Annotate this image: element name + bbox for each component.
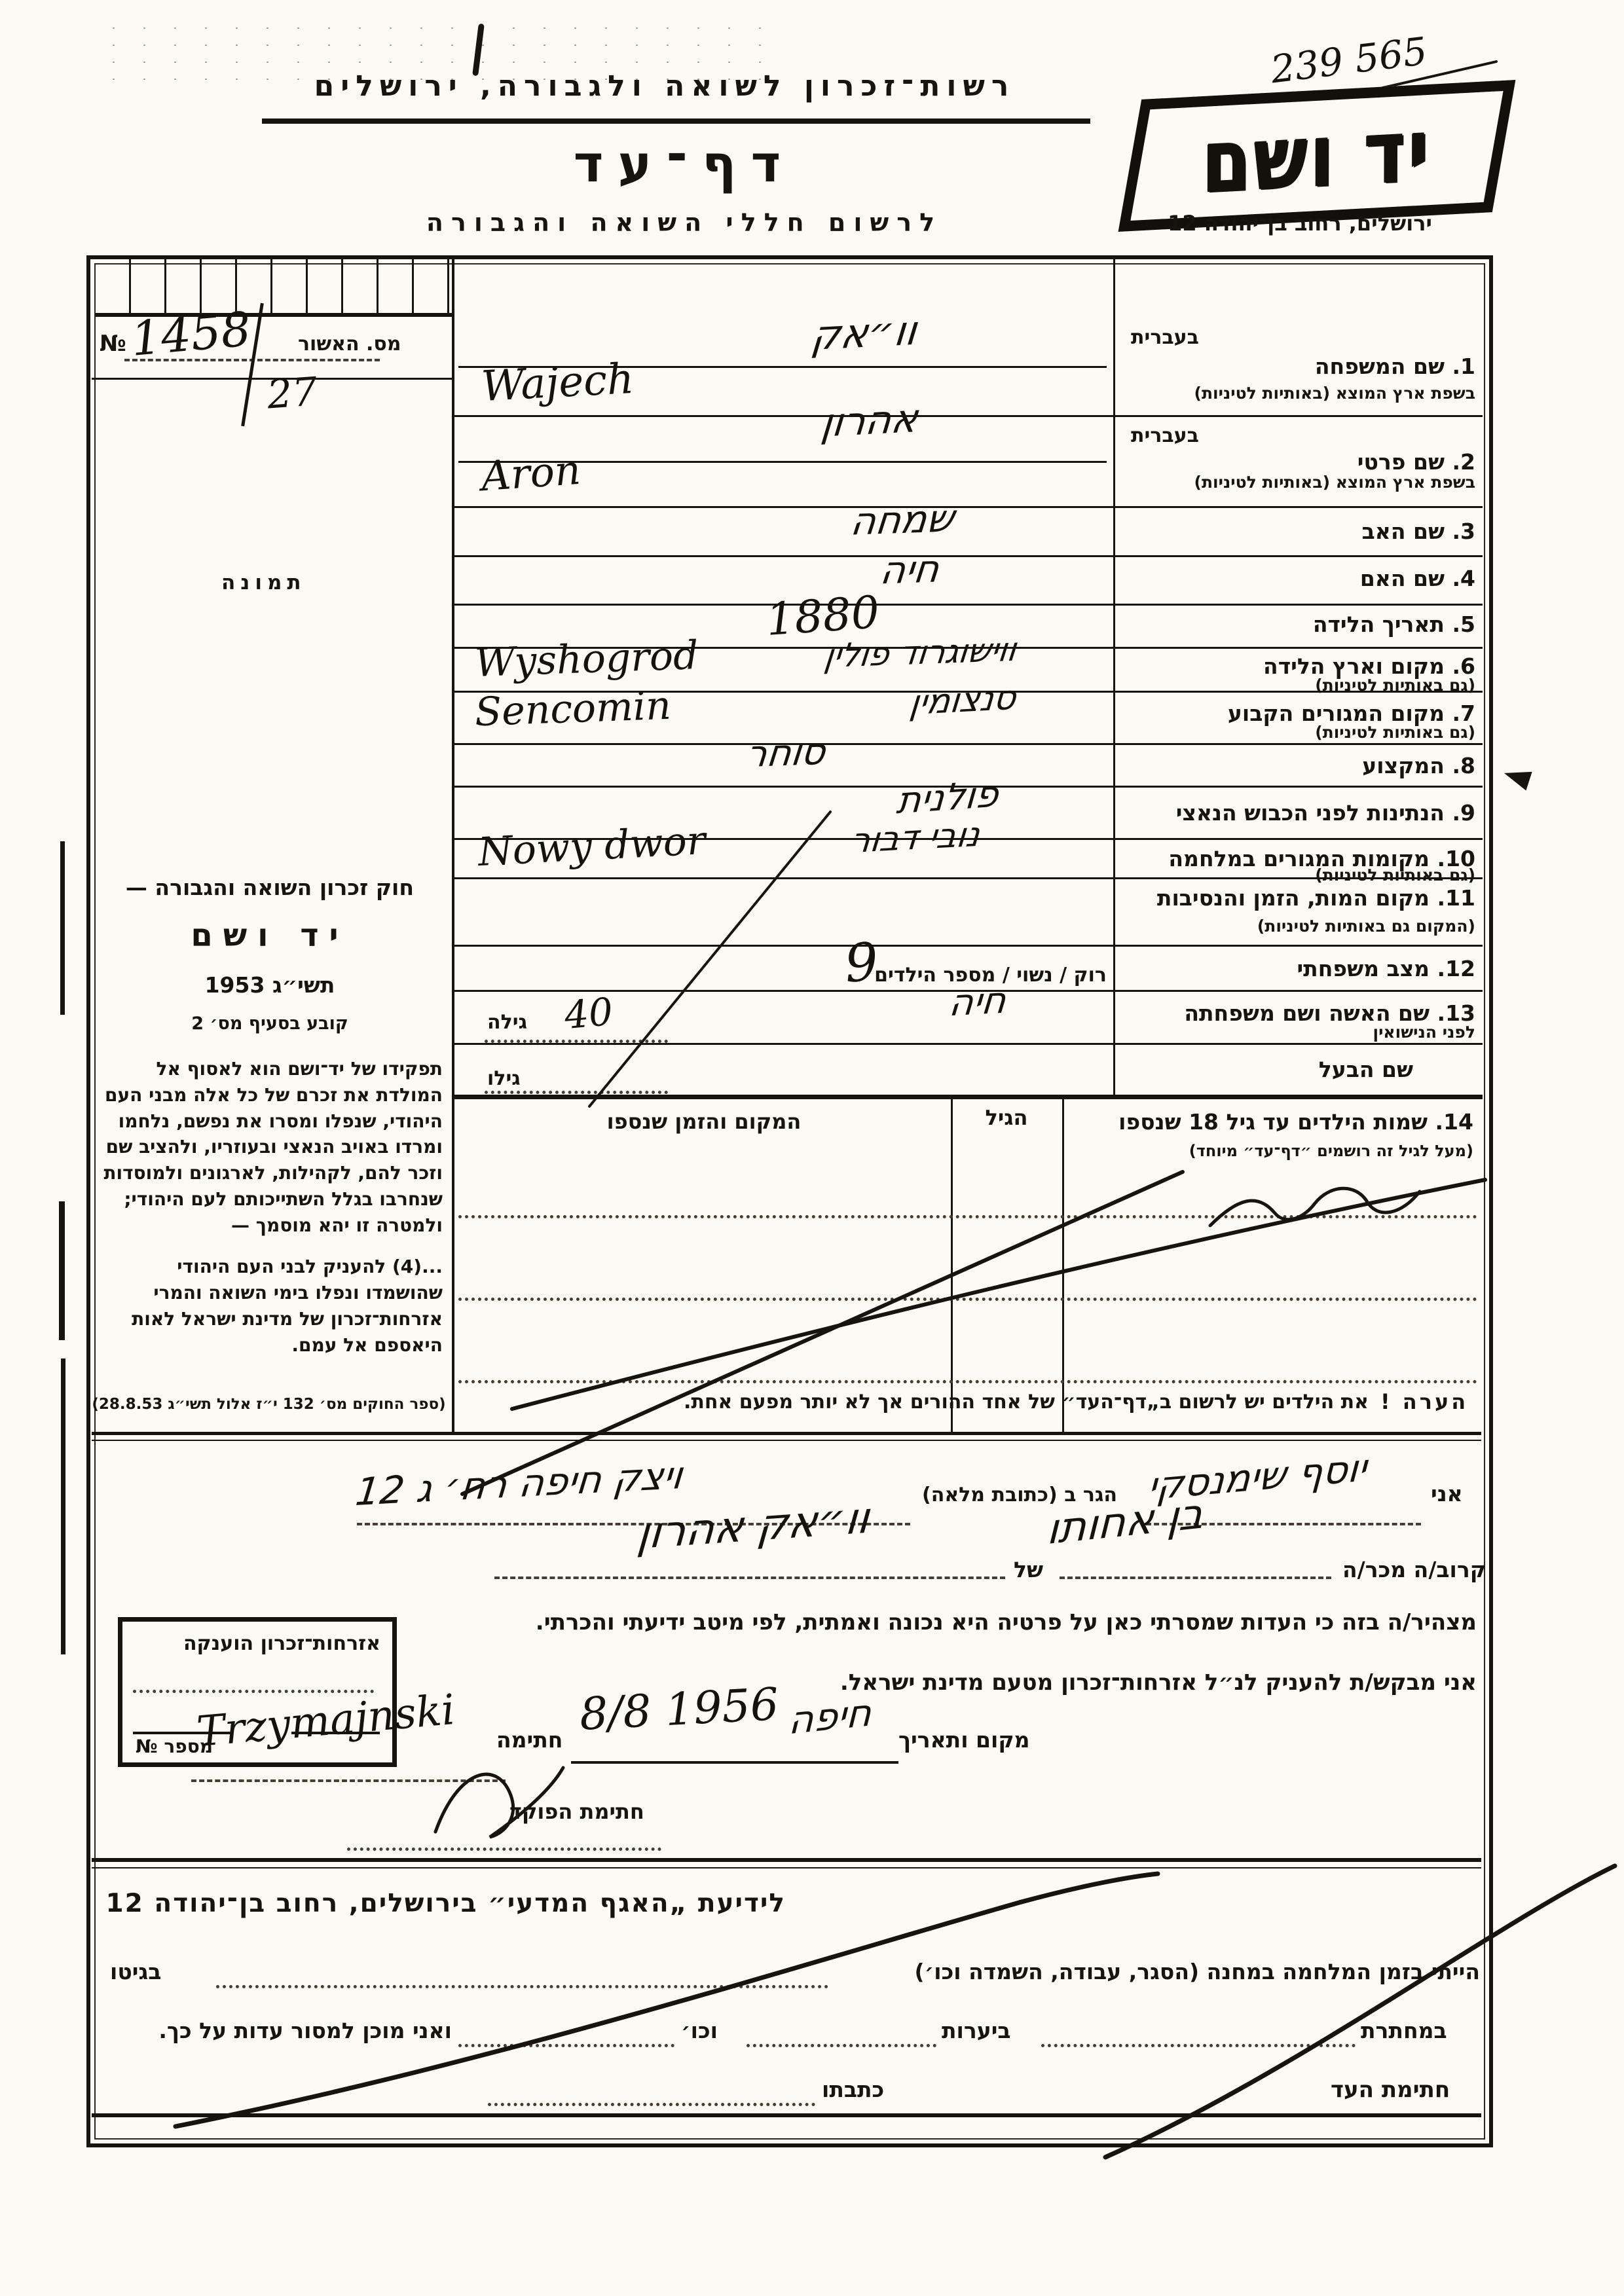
bottom-rule — [92, 2113, 1481, 2117]
left-column-divider — [452, 258, 454, 1434]
of-whom-line — [494, 1576, 1005, 1579]
field-7-sublabel: (גם באותיות לטיניות) — [1116, 723, 1475, 742]
field-10-sublabel: (גם באותיות לטיניות) — [1116, 866, 1475, 884]
header-cells-strip — [96, 259, 454, 317]
field-14-number: 14. — [1435, 1109, 1473, 1135]
section-double-rule — [92, 1440, 1481, 1441]
section-double-rule — [92, 1432, 1481, 1435]
bottom-section-double-rule — [92, 1867, 1481, 1868]
field-rule — [453, 555, 1483, 557]
edge-streak — [60, 841, 65, 1015]
field-4-value: חיה — [878, 546, 942, 592]
law-title-2: יד ושם — [97, 917, 443, 954]
field-12-value: 9 — [843, 931, 880, 994]
bottom-section-double-rule — [92, 1858, 1481, 1862]
camp-blank-line — [216, 1985, 828, 1988]
field-rule — [453, 945, 1483, 947]
field-1-title: שם המשפחה — [1315, 354, 1445, 379]
field-14-title: שמות הילדים עד גיל 18 שנספו — [1118, 1109, 1428, 1135]
field-2-sublabel: בשפת ארץ המוצא (באותיות לטיניות) — [1116, 473, 1475, 492]
field-2-value-hebrew: אהרון — [819, 395, 920, 446]
note-text: את הילדים יש לרשום ב„דף־העד״ של אחד ההור… — [452, 1391, 1369, 1413]
label-column-divider — [1113, 258, 1115, 1096]
children-age-col-line — [951, 1099, 953, 1435]
approval-number-label: מס. האשור — [298, 333, 401, 355]
header-rule — [262, 118, 1090, 124]
field-2-title: שם פרטי — [1357, 449, 1445, 475]
agency-title: רשות־זכרון לשואה ולגבורה, ירושלים — [239, 69, 1090, 103]
field-4-label: 4. שם האם — [1116, 566, 1475, 591]
field-11-sublabel: (המקום גם באותיות לטיניות) — [1116, 917, 1475, 936]
field-3-title: שם האב — [1362, 519, 1445, 544]
field-8-title: המקצוע — [1362, 753, 1445, 778]
approval-number-handwritten: 1458 — [129, 301, 253, 367]
underground-label: במחתרת — [1361, 2018, 1447, 2043]
date-handwritten: 8/8 1956 — [578, 1679, 780, 1741]
field-12-number: 12. — [1437, 956, 1475, 981]
of-label: של — [1014, 1557, 1043, 1582]
approval-number-suffix-handwritten: 27 — [266, 369, 319, 418]
field-13-value: חיה — [947, 979, 1008, 1025]
field-10-value-hebrew: נובי דבור — [849, 815, 982, 861]
children-place-column-header: המקום והזמן שנספו — [458, 1109, 950, 1134]
field-rule — [453, 506, 1483, 508]
children-row-line — [458, 1298, 1477, 1301]
field-9-number: 9. — [1452, 800, 1475, 826]
field-1-language-label: בעברית — [1131, 326, 1199, 349]
forests-label: ביערות — [942, 2018, 1011, 2043]
law-title-1: חוק זכרון השואה והגבורה — — [97, 875, 443, 900]
field-2-language-label: בעברית — [1131, 424, 1199, 447]
official-signature-line — [347, 1848, 661, 1851]
field-1-number: 1. — [1452, 354, 1475, 379]
husband-age-label: גילו — [487, 1067, 521, 1090]
etc-blank-line — [458, 2044, 674, 2047]
children-row-line — [458, 1215, 1477, 1218]
witness-address-label: כתבתו — [822, 2077, 884, 2102]
note-label: הערה ! — [1380, 1389, 1468, 1414]
signature-label: חתימה — [496, 1727, 563, 1753]
field-1-value-hebrew: וו״אק — [809, 306, 919, 359]
witness-address-line — [488, 2103, 815, 2106]
field-12-label: 12. מצב משפחתי — [1116, 956, 1475, 981]
logo-address: ירושלים, רחוב בן־יהודה 12 — [1113, 211, 1486, 236]
field-rule — [453, 415, 1483, 417]
field-12-inline-options: רוק / נשוי / מספר הילדים — [720, 964, 1107, 987]
field-14-sublabel: (מעל לגיל זה רושמים ״דף־עד״ מיוחד) — [1074, 1142, 1473, 1160]
edge-streak — [59, 1201, 65, 1340]
law-source: (ספר החוקים מס׳ 132 י״ז אלול תשי״ג 28.8.… — [90, 1396, 447, 1413]
grant-box-title: אזרחות־זכרון הוענקה — [183, 1632, 380, 1655]
field-5-number: 5. — [1452, 611, 1475, 637]
field-12-title: מצב משפחתי — [1297, 956, 1430, 981]
field-5-label: 5. תאריך הלידה — [1116, 611, 1475, 637]
field-5-title: תאריך הלידה — [1313, 611, 1445, 637]
date-line — [571, 1761, 898, 1764]
children-row-line — [458, 1380, 1477, 1383]
field-3-number: 3. — [1452, 519, 1475, 544]
field-9-label: 9. הנתינות לפני הכבוש הנאצי — [1116, 800, 1475, 826]
margin-arrow-mark — [1501, 764, 1532, 791]
declaration-request: אני מבקש/ת להעניק לנ״ל אזרחות־זכרון מטעם… — [98, 1669, 1477, 1696]
field-11-number: 11. — [1437, 885, 1475, 911]
field-8-label: 8. המקצוע — [1116, 753, 1475, 778]
witness-signature-label: חתימת העד — [1331, 2077, 1450, 2103]
field-8-number: 8. — [1452, 753, 1475, 778]
law-paragraph-2: ...(4) להעניק לבני העם היהודי שהושמדו ונ… — [97, 1254, 443, 1358]
form-title: דף־עד — [537, 135, 832, 194]
field-rule — [453, 743, 1483, 745]
declaration-statement: מצהיר/ה בזה כי העדות שמסרתי כאן על פרטיה… — [98, 1609, 1477, 1635]
husband-name-label: שם הבעל — [1116, 1057, 1475, 1082]
edge-streak — [61, 1358, 65, 1654]
etc-label: וכו׳ — [681, 2018, 718, 2043]
field-2-value-latin: Aron — [480, 446, 582, 500]
children-table-top-rule — [453, 1095, 1483, 1099]
field-6-value-latin: Wyshogrod — [474, 632, 699, 686]
field-13-sublabel: לפני הנישואין — [1116, 1023, 1475, 1042]
approval-no-sign: № — [100, 331, 126, 357]
law-title-4: קובע בסעיף מס׳ 2 — [97, 1013, 443, 1034]
field-1-label: 1. שם המשפחה — [1116, 354, 1475, 379]
yad-vashem-logo: יד ושם — [1118, 80, 1516, 232]
forests-blank-line — [747, 2044, 936, 2047]
field-rule — [453, 1043, 1483, 1045]
field-6-sublabel: (גם באותיות לטיניות) — [1116, 676, 1475, 695]
children-age-column-header: הגיל — [951, 1105, 1062, 1130]
children-age-col-line — [1062, 1099, 1064, 1435]
wife-age-line — [485, 1040, 668, 1043]
relation-line — [1060, 1576, 1331, 1579]
field-6-value-hebrew: ווישוגרוד פולין — [822, 630, 1019, 675]
field-9-title: הנתינות לפני הכבוש הנאצי — [1176, 800, 1445, 826]
field-8-value: סוחר — [744, 731, 828, 776]
camp-line-label: הייתי בזמן המלחמה במחנה (הסגר, עבודה, הש… — [838, 1959, 1480, 1984]
place-date-label: מקום ותאריך — [898, 1727, 1030, 1753]
field-2-number: 2. — [1452, 449, 1475, 475]
field-rule — [453, 604, 1483, 606]
testimony-page-scan: רשות־זכרון לשואה ולגבורה, ירושלים דף־עד … — [0, 0, 1624, 2296]
field-2-label: 2. שם פרטי — [1116, 449, 1475, 475]
field-7-value-hebrew: סנצומין — [908, 678, 1018, 723]
field-9-value: פולנית — [895, 773, 1000, 823]
signature-line — [191, 1779, 506, 1782]
husband-age-line — [485, 1091, 668, 1094]
photo-label: תמונה — [221, 571, 306, 594]
field-11-title: מקום המות, הזמן והנסיבות — [1157, 885, 1430, 911]
wife-age-value: 40 — [563, 989, 614, 1038]
field-11-label: 11. מקום המות, הזמן והנסיבות — [1116, 885, 1475, 911]
field-14-label: 14. שמות הילדים עד גיל 18 שנספו — [1074, 1109, 1473, 1135]
ghetto-label: בגיטו — [110, 1959, 161, 1984]
yad-vashem-logo-text: יד ושם — [1202, 100, 1432, 211]
field-1-value-latin: Wajech — [480, 355, 635, 411]
field-4-title: שם האם — [1360, 566, 1445, 591]
wife-age-label: גילה — [487, 1011, 527, 1034]
form-subtitle: לרשום חללי השואה והגבורה — [406, 208, 963, 237]
field-1-sublabel: בשפת ארץ המוצא (באותיות לטיניות) — [1116, 384, 1475, 403]
underground-blank-line — [1041, 2044, 1356, 2047]
field-3-value: שמחה — [848, 496, 956, 543]
testify-line: ואני מוכן למסור עדות על כך. — [92, 2018, 452, 2043]
place-handwritten: חיפה — [788, 1690, 873, 1743]
field-3-label: 3. שם האב — [1116, 519, 1475, 544]
law-block: חוק זכרון השואה והגבורה — יד ושם תשי״ג 1… — [97, 875, 443, 1358]
scientific-branch-title: לידיעת „האגף המדעי״ בירושלים, רחוב בן־יה… — [216, 1889, 786, 1918]
official-signature-label: חתימת הפוקד — [509, 1799, 644, 1824]
law-title-3: תשי״ג 1953 — [97, 972, 443, 998]
declaration-i-label: אני — [1431, 1481, 1463, 1506]
approval-row-rule — [92, 378, 452, 380]
field-4-number: 4. — [1452, 566, 1475, 591]
relative-label: קרוב/ה מכר/ה — [1342, 1557, 1486, 1582]
field-7-value-latin: Sencomin — [474, 683, 672, 735]
law-paragraph-1: תפקידו של יד־ושם הוא לאסוף אל המולדת את … — [97, 1056, 443, 1238]
